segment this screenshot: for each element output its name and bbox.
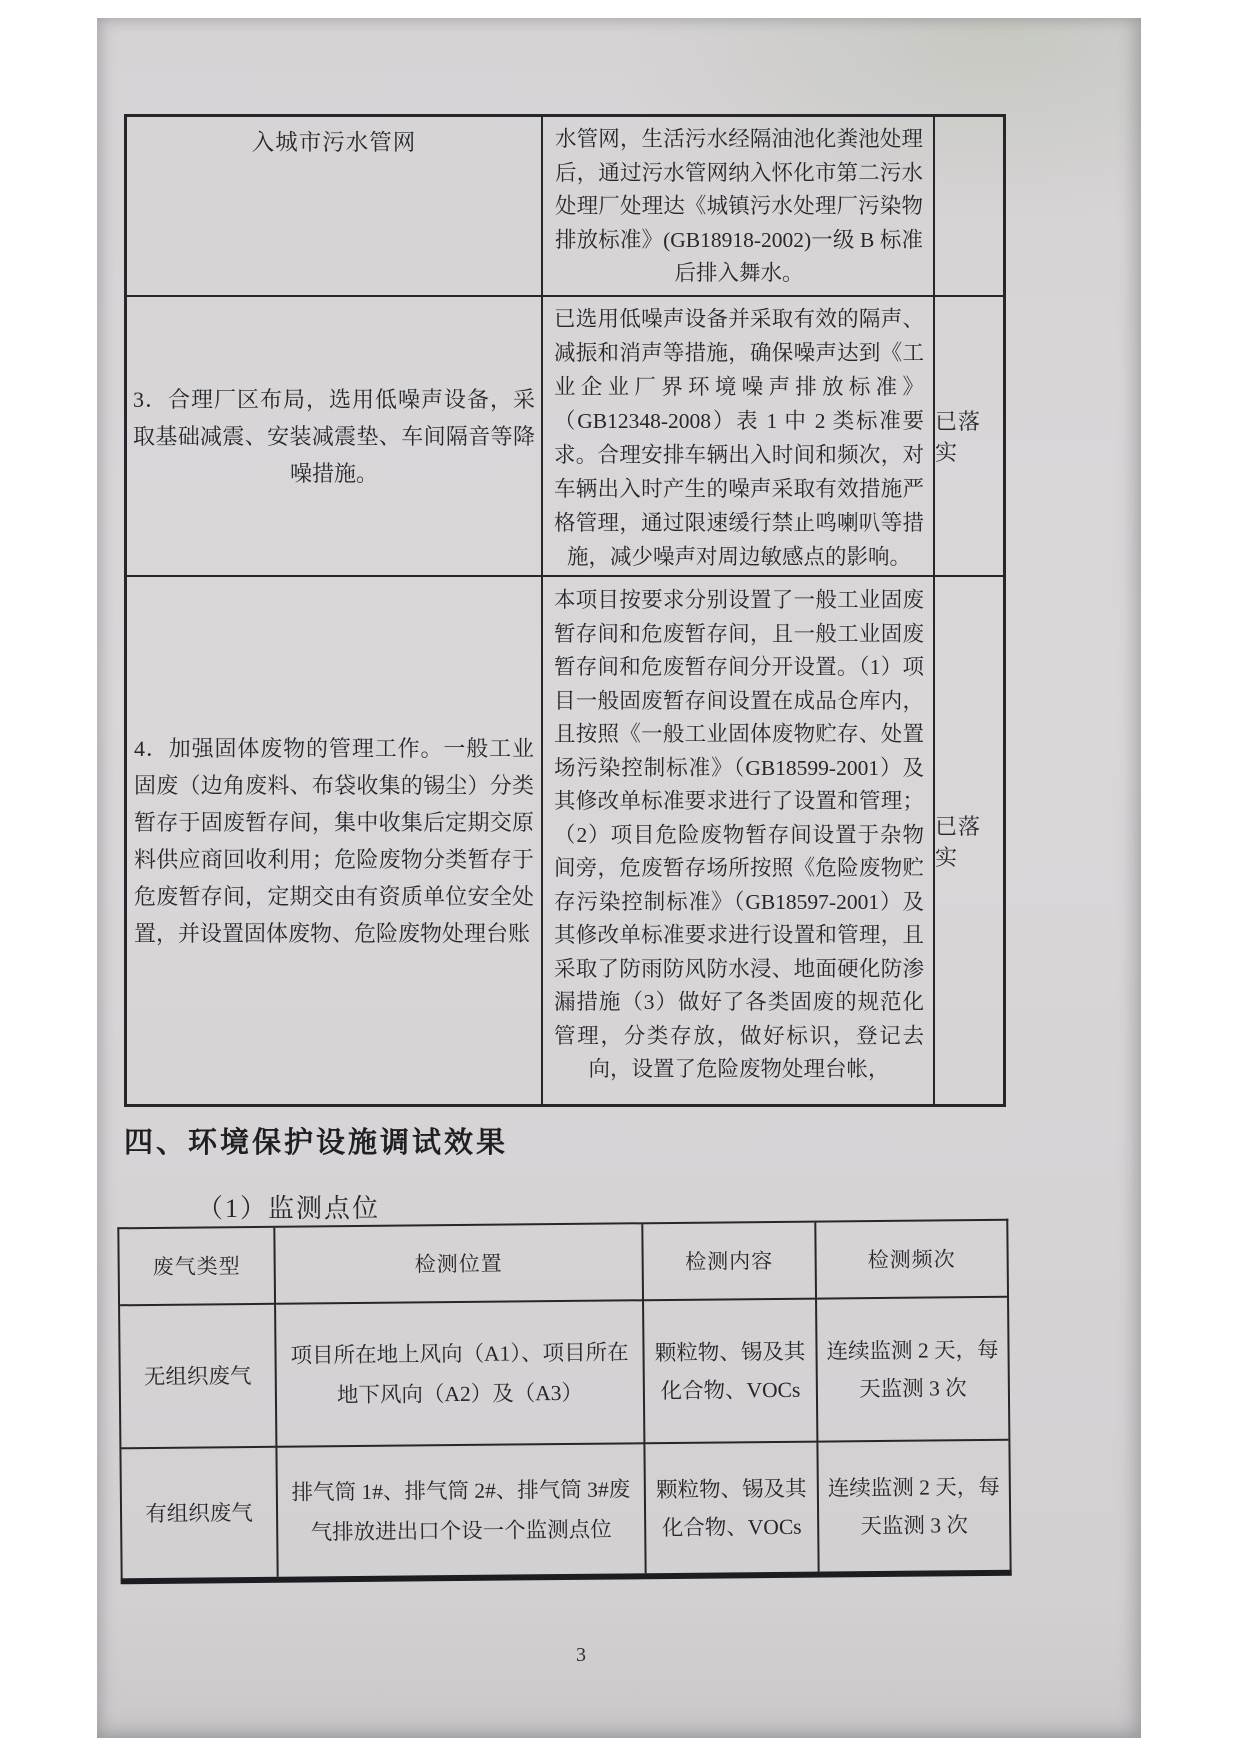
page-number: 3 [559,1644,603,1667]
subsection-heading: （1）监测点位 [197,1188,380,1225]
measure-cell-solid-waste: 4．加强固体废物的管理工作。一般工业固废（边角废料、布袋收集的锡尘）分类暂存于固… [127,577,543,1104]
measure-text-noise: 3．合理厂区布局，选用低噪声设备，采取基础减震、安装减震垫、车间隔音等降噪措施。 [133,381,535,492]
cell-gas-type-organized: 有组织废气 [121,1448,278,1578]
section-heading: 四、环境保护设施调试效果 [124,1120,508,1161]
header-gas-type: 废气类型 [119,1228,276,1306]
cell-frequency-fugitive: 连续监测 2 天，每天监测 3 次 [817,1298,1008,1443]
scanned-page: 入城市污水管网 水管网，生活污水经隔油池化粪池处理后，通过污水管网纳入怀化市第二… [97,18,1141,1738]
header-location: 检测位置 [275,1224,644,1305]
header-frequency: 检测频次 [816,1221,1007,1300]
cell-location-organized: 排气筒 1#、排气筒 2#、排气筒 3#废气排放进出口个设一个监测点位 [277,1444,646,1577]
implementation-cell-sewage: 水管网，生活污水经隔油池化粪池处理后，通过污水管网纳入怀化市第二污水处理厂处理达… [543,117,935,297]
compliance-table: 入城市污水管网 水管网，生活污水经隔油池化粪池处理后，通过污水管网纳入怀化市第二… [124,114,1006,1107]
status-cell-sewage [935,117,1003,297]
implementation-cell-noise: 已选用低噪声设备并采取有效的隔声、减振和消声等措施，确保噪声达到《工业企业厂界环… [543,297,935,577]
cell-gas-type-fugitive: 无组织废气 [120,1305,277,1449]
cell-content-fugitive: 颗粒物、锡及其化合物、VOCs [644,1300,818,1445]
status-cell-solid-waste: 已落实 [935,577,1003,1104]
cell-frequency-organized: 连续监测 2 天，每天监测 3 次 [818,1441,1009,1572]
measure-text-solid-waste: 4．加强固体废物的管理工作。一般工业固废（边角废料、布袋收集的锡尘）分类暂存于固… [134,730,534,952]
cell-location-fugitive: 项目所在地上风向（A1）、项目所在地下风向（A2）及（A3） [276,1301,645,1448]
implementation-cell-solid-waste: 本项目按要求分别设置了一般工业固废暂存间和危废暂存间，且一般工业固废暂存间和危废… [543,577,935,1104]
monitoring-table: 废气类型 检测位置 检测内容 检测频次 无组织废气 项目所在地上风向（A1）、项… [117,1219,1011,1585]
measure-cell-noise: 3．合理厂区布局，选用低噪声设备，采取基础减震、安装减震垫、车间隔音等降噪措施。 [127,297,543,577]
header-content: 检测内容 [643,1223,817,1302]
measure-cell-sewage: 入城市污水管网 [127,117,543,297]
status-cell-noise: 已落实 [935,297,1003,577]
cell-content-organized: 颗粒物、锡及其化合物、VOCs [645,1443,819,1574]
